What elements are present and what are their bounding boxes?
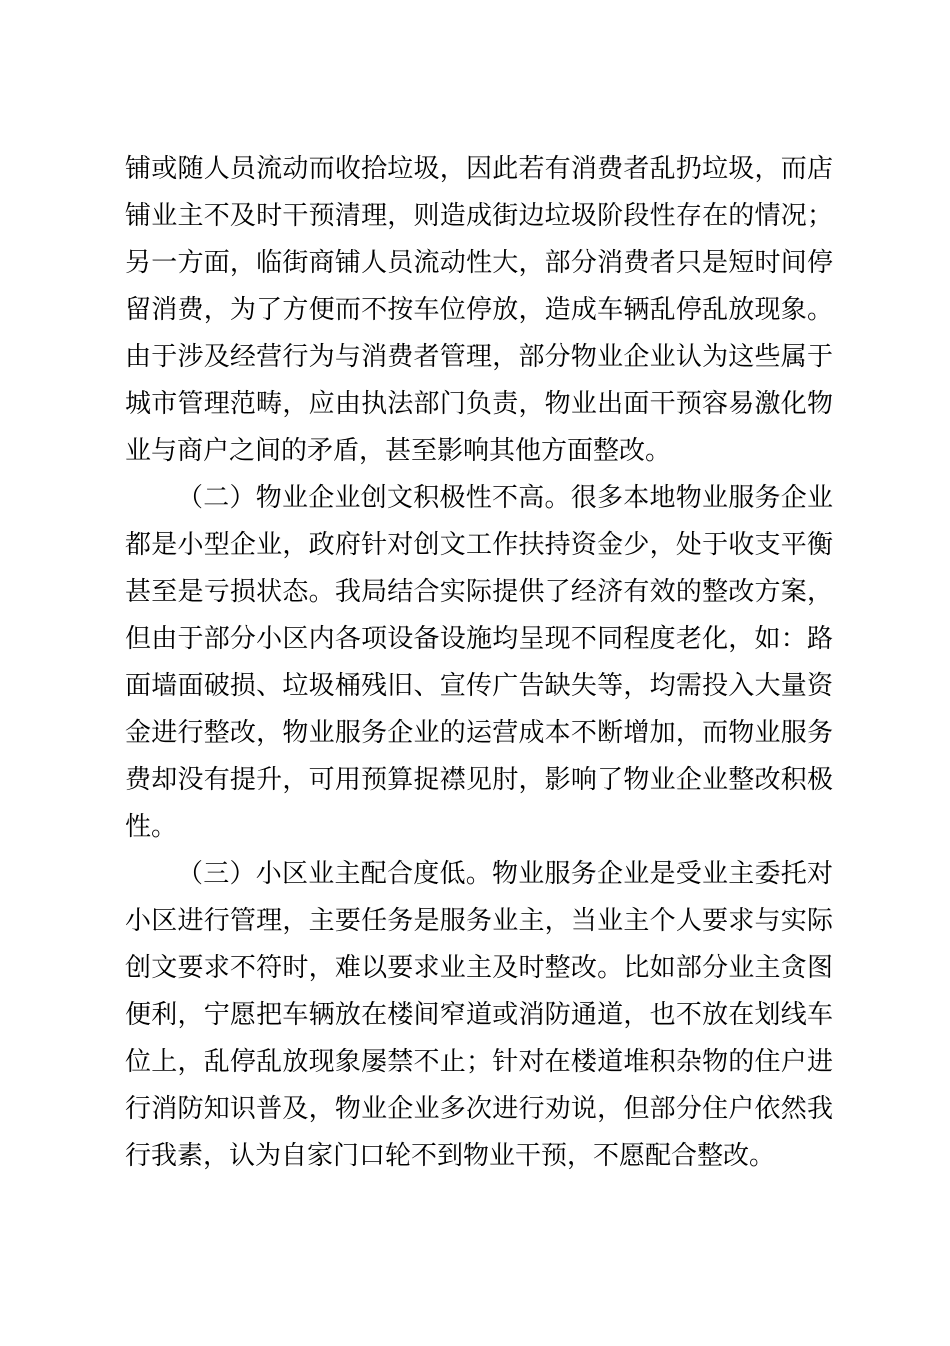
text-line: 另一方面，临街商铺人员流动性大，部分消费者只是短时间停 <box>125 239 833 286</box>
text-line: 甚至是亏损状态。我局结合实际提供了经济有效的整改方案， <box>125 568 833 615</box>
text-line: 但由于部分小区内各项设备设施均呈现不同程度老化，如：路 <box>125 615 833 662</box>
text-line: 性。 <box>125 803 833 850</box>
text-block: 铺或随人员流动而收拾垃圾，因此若有消费者乱扔垃圾，而店 铺业主不及时干预清理，则… <box>125 145 833 1179</box>
text-line: 由于涉及经营行为与消费者管理，部分物业企业认为这些属于 <box>125 333 833 380</box>
text-line: 行我素，认为自家门口轮不到物业干预，不愿配合整改。 <box>125 1132 833 1179</box>
text-line: 铺或随人员流动而收拾垃圾，因此若有消费者乱扔垃圾，而店 <box>125 145 833 192</box>
text-line: 铺业主不及时干预清理，则造成街边垃圾阶段性存在的情况； <box>125 192 833 239</box>
text-line: 留消费，为了方便而不按车位停放，造成车辆乱停乱放现象。 <box>125 286 833 333</box>
text-line: 小区进行管理，主要任务是服务业主，当业主个人要求与实际 <box>125 897 833 944</box>
text-line: 城市管理范畴，应由执法部门负责，物业出面干预容易激化物 <box>125 380 833 427</box>
text-line: 金进行整改，物业服务企业的运营成本不断增加，而物业服务 <box>125 709 833 756</box>
text-line: 业与商户之间的矛盾，甚至影响其他方面整改。 <box>125 427 833 474</box>
text-line: 创文要求不符时，难以要求业主及时整改。比如部分业主贪图 <box>125 944 833 991</box>
section-3-heading-line: （三）小区业主配合度低。物业服务企业是受业主委托对 <box>125 850 833 897</box>
text-line: 便利，宁愿把车辆放在楼间窄道或消防通道，也不放在划线车 <box>125 991 833 1038</box>
text-line: 位上，乱停乱放现象屡禁不止；针对在楼道堆积杂物的住户进 <box>125 1038 833 1085</box>
text-line: 面墙面破损、垃圾桶残旧、宣传广告缺失等，均需投入大量资 <box>125 662 833 709</box>
text-line: 都是小型企业，政府针对创文工作扶持资金少，处于收支平衡 <box>125 521 833 568</box>
text-line: 费却没有提升，可用预算捉襟见肘，影响了物业企业整改积极 <box>125 756 833 803</box>
text-line: 行消防知识普及，物业企业多次进行劝说，但部分住户依然我 <box>125 1085 833 1132</box>
section-2-heading-line: （二）物业企业创文积极性不高。很多本地物业服务企业 <box>125 474 833 521</box>
document-page: 铺或随人员流动而收拾垃圾，因此若有消费者乱扔垃圾，而店 铺业主不及时干预清理，则… <box>0 0 950 1346</box>
